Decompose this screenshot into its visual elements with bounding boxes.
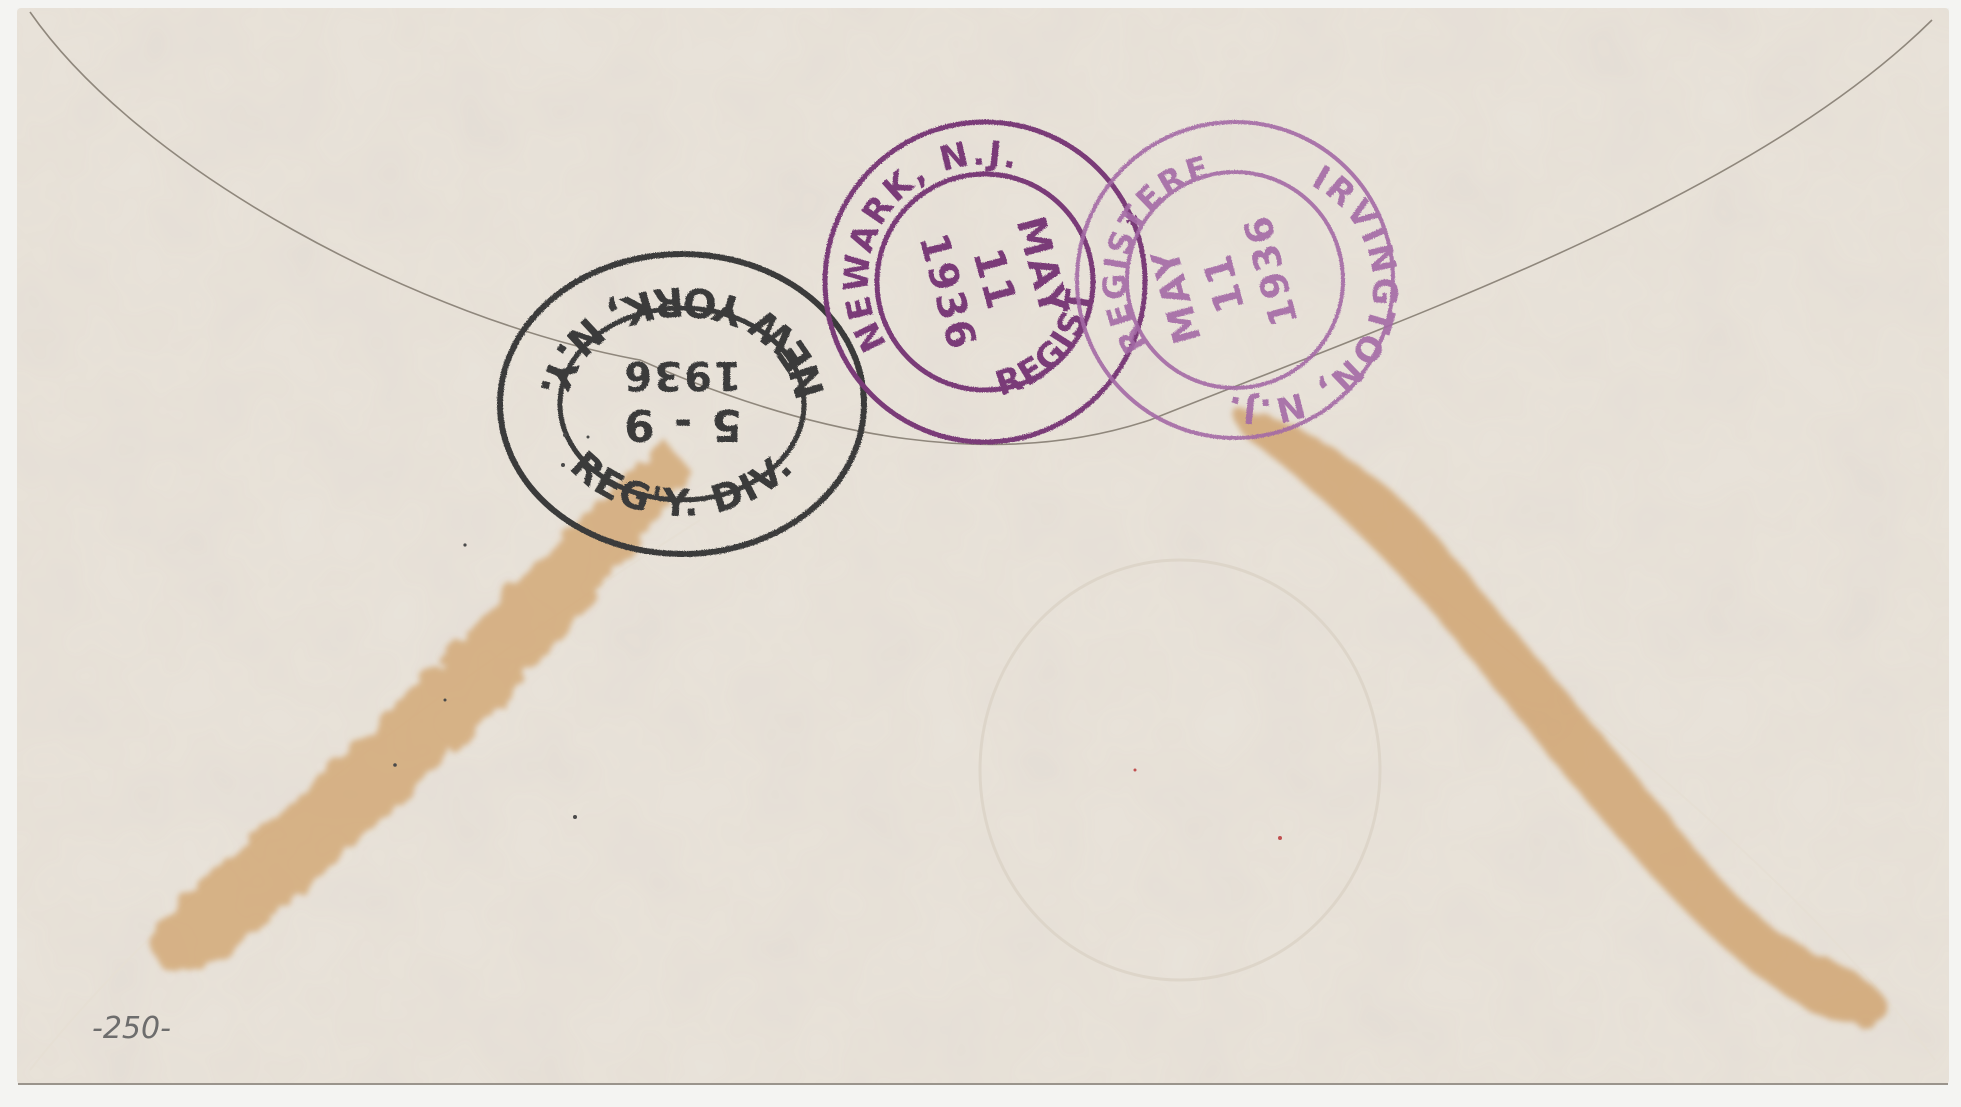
- ny-date: 5 - 9: [622, 399, 742, 450]
- envelope-scene: NEW YORK, N.Y. REG'Y. DIV. 5 - 9 1936 NE…: [0, 0, 1961, 1107]
- ny-year: 1936: [622, 352, 741, 398]
- pencil-price-note: -250-: [92, 1011, 171, 1046]
